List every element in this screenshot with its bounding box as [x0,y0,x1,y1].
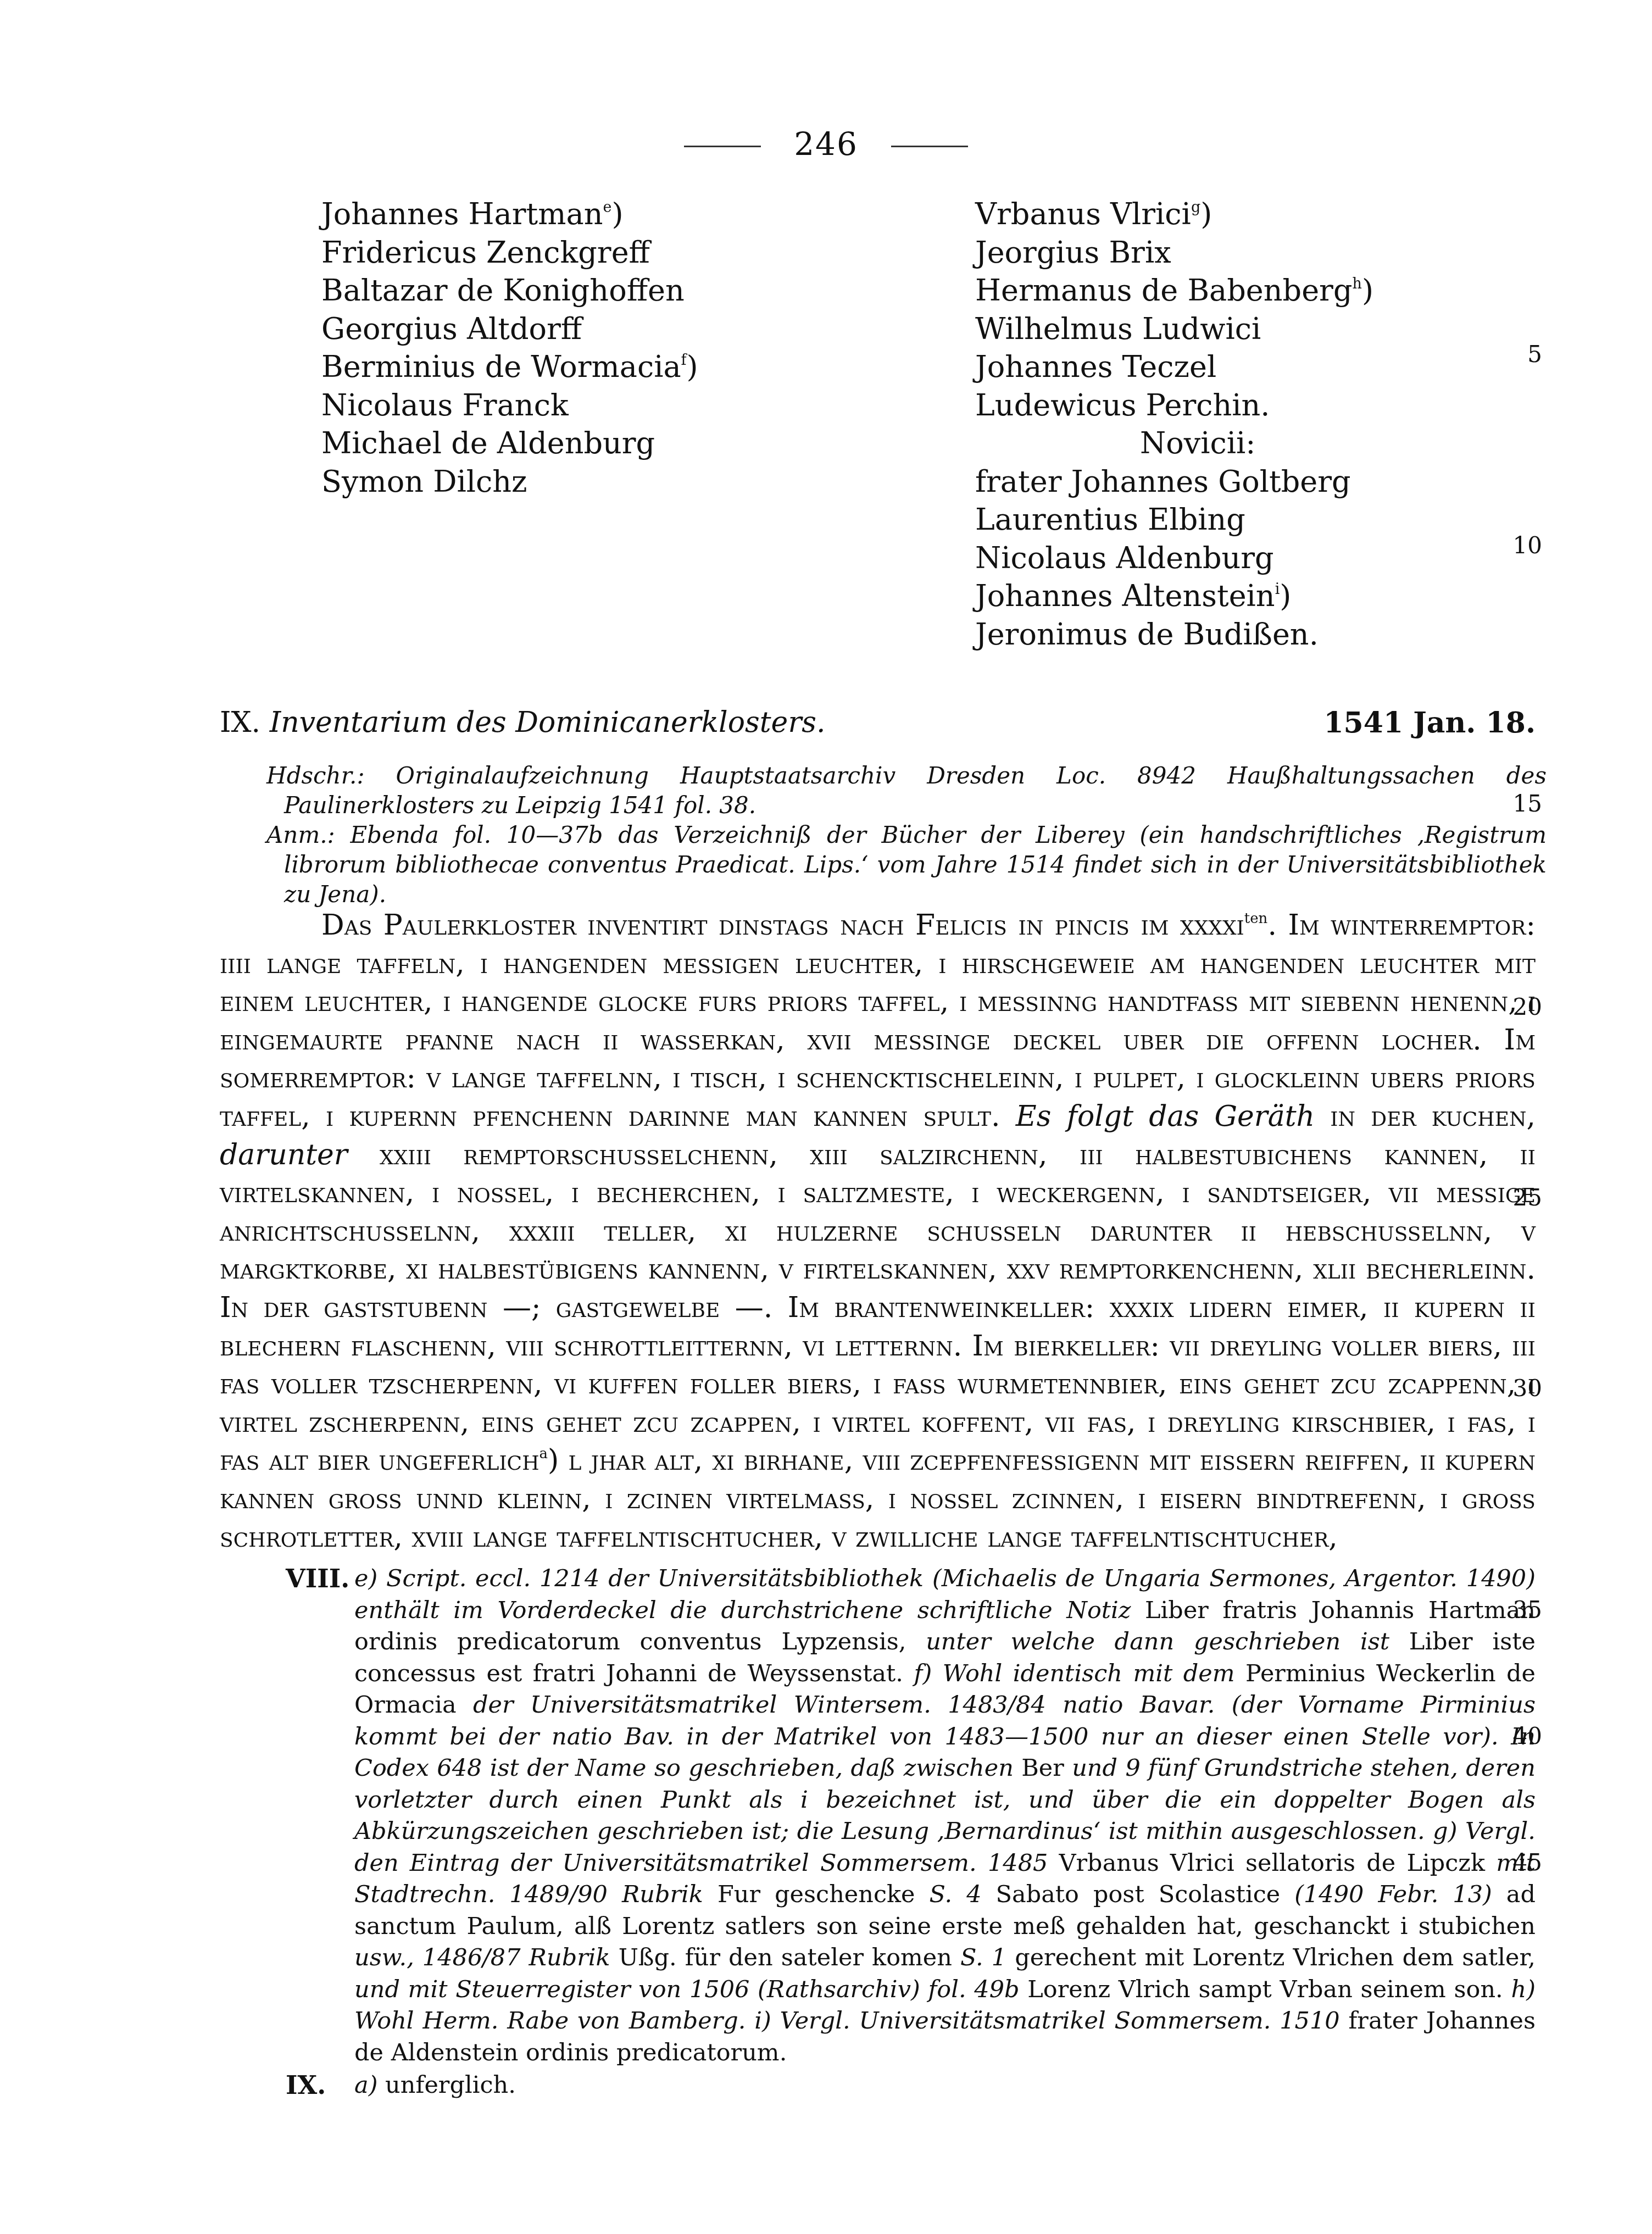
name-entry: Nicolaus Franck [321,386,975,425]
header-rule-right [891,146,968,147]
section-number: IX. [220,706,260,739]
name-entry: Baltazar de Konighoffen [321,271,975,310]
footnote-run: gerechent mit Lorentz Vlrichen dem satle… [1015,1944,1536,1971]
footnote-label: IX. [286,2070,326,2102]
footnote-ref: a [539,1446,548,1463]
footnote-run: S. 4 [930,1881,996,1908]
footnote-ref: e [603,199,612,216]
section-heading: IX. Inventarium des Dominicanerklosters.… [220,706,1536,740]
body-text-run: . Im winterremptor: iiii lange taffeln, … [220,909,1536,1133]
footnote-run: Ber [1021,1754,1072,1782]
superscript: ten [1244,910,1268,927]
body-text-run: Das Paulerkloster inventirt dinstags nac… [321,909,1244,942]
footnotes: VIII. e) Script. eccl. 1214 der Universi… [286,1563,1536,2102]
annotation-note: Anm.: Ebenda fol. 10—37b das Verzeichniß… [266,820,1547,909]
footnote-run: unferglich. [385,2071,516,2099]
name-entry: Hermanus de Babenbergh) [975,271,1470,310]
body-text-run: in der kuchen, [1315,1100,1536,1133]
name-entry: Johannes Teczel [975,348,1470,386]
member-name-list: Johannes Hartmane)Fridericus ZenckgreffB… [321,195,1530,653]
footnote-run: S. 1 [960,1944,1015,1971]
footnote-run: unter welche dann geschrieben ist [926,1628,1409,1655]
page-number: 246 [794,125,858,163]
inventory-paragraph: Das Paulerkloster inventirt dinstags nac… [220,907,1536,1557]
footnote-run: (1490 Febr. 13) [1294,1881,1506,1908]
page-header: 246 [0,125,1652,163]
section-title-text: Inventarium des Dominicanerklosters. [270,706,826,739]
footnote-label: VIII. [286,1563,349,1595]
name-entry: Nicolaus Aldenburg [975,539,1470,577]
footnote-text: e) Script. eccl. 1214 der Universitätsbi… [354,1565,1536,2066]
footnote-block-ix: IX. a) unferglich. [286,2070,1536,2102]
name-entry: Wilhelmus Ludwici [975,310,1470,348]
name-entry: Berminius de Wormaciaf) [321,348,975,386]
manuscript-source: Hdschr.: Originalaufzeichnung Hauptstaat… [266,761,1547,820]
name-entry: Jeronimus de Budißen. [975,615,1470,654]
names-column-right: Vrbanus Vlricig)Jeorgius BrixHermanus de… [975,195,1470,653]
footnote-run: Vrbanus Vlrici sellatoris de Lipczk [1059,1849,1497,1877]
footnote-run: Ußg. für den sateler komen [619,1944,960,1971]
source-notes: Hdschr.: Originalaufzeichnung Hauptstaat… [266,761,1547,909]
name-entry: Fridericus Zenckgreff [321,234,975,272]
name-entry: frater Johannes Goltberg [975,463,1470,501]
names-column-left: Johannes Hartmane)Fridericus ZenckgreffB… [321,195,975,653]
name-entry: Johannes Hartmane) [321,195,975,234]
section-title: IX. Inventarium des Dominicanerklosters. [220,706,825,740]
name-entry: Michael de Aldenburg [321,424,975,463]
name-entry: Laurentius Elbing [975,501,1470,539]
footnote-run: f) Wohl identisch mit dem [914,1660,1245,1687]
footnote-text: a) unferglich. [354,2071,516,2099]
name-entry: Symon Dilchz [321,463,975,501]
line-number: 10 [1498,532,1542,559]
name-entry: Johannes Altensteini) [975,577,1470,615]
footnote-ref: h [1352,275,1361,292]
footnote-ref: f [681,352,687,369]
name-entry: Jeorgius Brix [975,234,1470,272]
section-date: 1541 Jan. 18. [1323,706,1536,740]
footnote-run: Fur geschencke [717,1881,930,1908]
name-entry: Vrbanus Vlricig) [975,195,1470,234]
footnote-ref: g [1191,199,1200,216]
footnote-ref: i [1275,581,1280,598]
footnote-run: und mit Steuerregister von 1506 (Rathsar… [354,1976,1027,2003]
header-rule-left [684,146,761,147]
footnote-run: a) [354,2071,385,2099]
body-text-run: xxiii remptorschusselchenn, xiii salzirc… [220,1138,1536,1477]
novices-heading: Novicii: [975,424,1470,463]
footnote-run: usw., 1486/87 Rubrik [354,1944,619,1971]
editorial-italic: Es folgt das Geräth [1016,1100,1315,1133]
footnote-block-viii: VIII. e) Script. eccl. 1214 der Universi… [286,1563,1536,2069]
name-entry: Ludewicus Perchin. [975,386,1470,425]
line-number: 5 [1498,341,1542,368]
footnote-run: Sabato post Scolastice [996,1881,1295,1908]
name-entry: Georgius Altdorff [321,310,975,348]
footnote-run: Lorenz Vlrich sampt Vrban seinem son. [1027,1976,1511,2003]
editorial-italic: darunter [220,1138,348,1171]
inventory-body-text: Das Paulerkloster inventirt dinstags nac… [220,907,1536,1557]
